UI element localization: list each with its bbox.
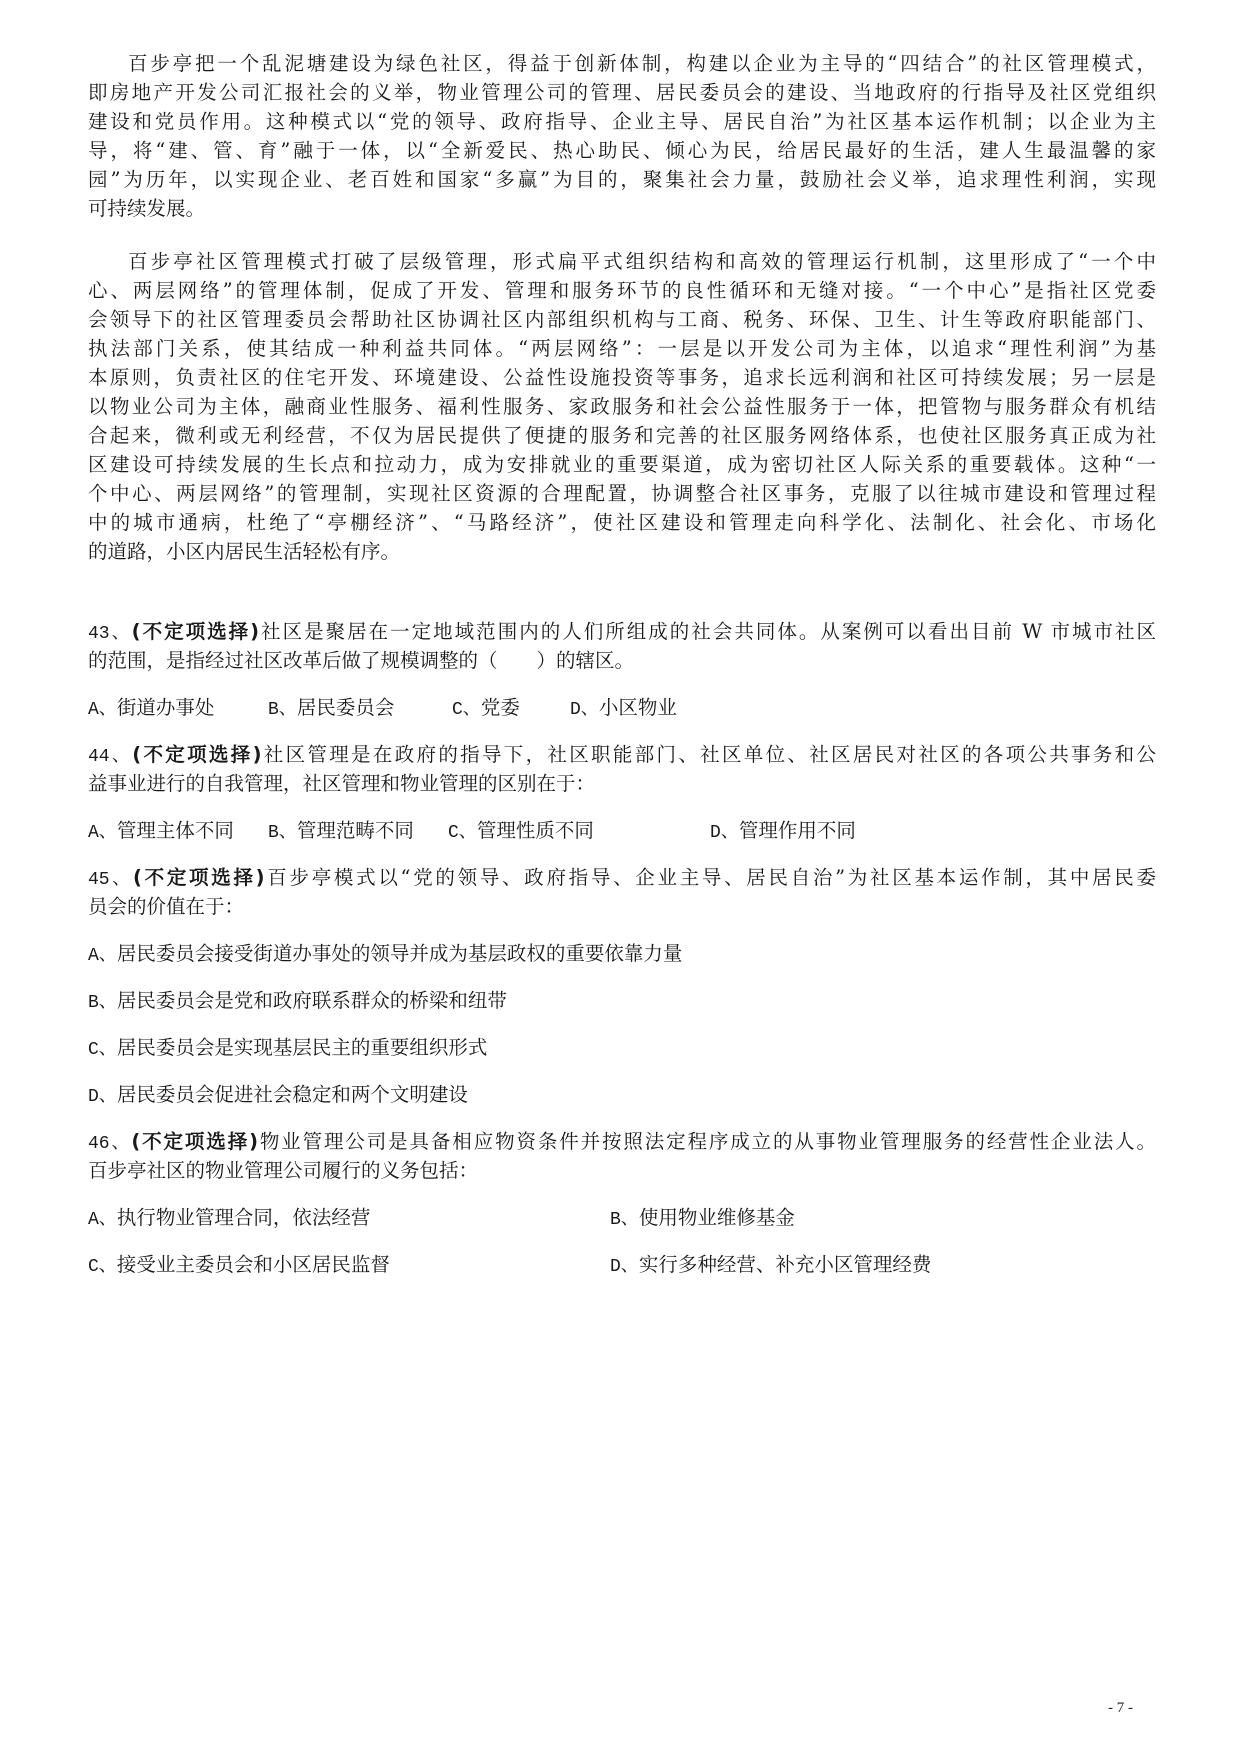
option-text: 居民委员会是实现基层民主的重要组织形式 — [117, 1036, 488, 1059]
option-text: 党委 — [481, 696, 520, 719]
option-text: 居民委员会 — [297, 696, 395, 719]
option-text: 使用物业维修基金 — [639, 1206, 795, 1229]
option-letter: A、 — [88, 1210, 117, 1230]
option-letter: A、 — [88, 946, 117, 966]
question-number: 45、 — [88, 870, 133, 890]
option-text: 小区物业 — [599, 696, 677, 719]
text-line: 的道路，小区内居民生活轻松有序。 — [88, 540, 1156, 564]
question-type: (不定项选择) — [131, 1130, 258, 1153]
question-text: 百步亭模式以“党的领导、政府指导、企业主导、居民自治”为社区基本运作制，其中居民… — [265, 866, 1156, 889]
option-letter: C、 — [452, 700, 481, 720]
option-letter: B、 — [268, 823, 297, 843]
text-line: 本原则，负责社区的住宅开发、环境建设、公益性设施投资等事务，追求长远利润和社区可… — [88, 366, 1156, 390]
option-c: C、接受业主委员会和小区居民监督 — [88, 1253, 390, 1279]
option-letter: D、 — [88, 1087, 117, 1107]
question-number: 46、 — [88, 1134, 131, 1154]
option-letter: C、 — [88, 1257, 117, 1277]
question-stem-line: 46、(不定项选择)物业管理公司是具备相应物资条件并按照法定程序成立的从事物业管… — [88, 1130, 1156, 1156]
option-b: B、居民委员会是党和政府联系群众的桥梁和纽带 — [88, 989, 507, 1015]
option-d: D、小区物业 — [570, 696, 677, 722]
option-a: A、街道办事处 — [88, 696, 214, 722]
option-b: B、使用物业维修基金 — [610, 1206, 795, 1232]
text-line: 中的城市通病，杜绝了“亭棚经济”、“马路经济”，使社区建设和管理走向科学化、法制… — [88, 511, 1156, 535]
option-letter: D、 — [610, 1257, 639, 1277]
question-stem-line: 的范围，是指经过社区改革后做了规模调整的（ ）的辖区。 — [88, 649, 1156, 673]
option-letter: D、 — [710, 823, 739, 843]
option-text: 街道办事处 — [117, 696, 215, 719]
text-line: 即房地产开发公司汇报社会的义举，物业管理公司的管理、居民委员会的建设、当地政府的… — [88, 81, 1156, 105]
question-number: 43、 — [88, 624, 132, 644]
option-b: B、管理范畴不同 — [268, 819, 414, 845]
option-text: 管理性质不同 — [477, 819, 594, 842]
text-line: 百步亭把一个乱泥塘建设为绿色社区，得益于创新体制，构建以企业为主导的“四结合”的… — [128, 52, 1156, 76]
option-text: 管理作用不同 — [739, 819, 856, 842]
question-type: (不定项选择) — [132, 743, 261, 766]
question-stem-line: 益事业进行的自我管理，社区管理和物业管理的区别在于： — [88, 772, 1156, 796]
text-line: 可持续发展。 — [88, 197, 1156, 221]
text-line: 个中心、两层网络”的管理制，实现社区资源的合理配置，协调整合社区事务，克服了以往… — [88, 482, 1156, 506]
question-stem-line: 百步亭社区的物业管理公司履行的义务包括： — [88, 1159, 1156, 1183]
option-text: 管理范畴不同 — [297, 819, 414, 842]
option-letter: C、 — [448, 823, 477, 843]
option-d: D、实行多种经营、补充小区管理经费 — [610, 1253, 931, 1279]
option-text: 居民委员会是党和政府联系群众的桥梁和纽带 — [117, 989, 507, 1012]
text-line: 执法部门关系，使其结成一种利益共同体。“两层网络”：一层是以开发公司为主体，以追… — [88, 337, 1156, 361]
question-text: 社区是聚居在一定地域范围内的人们所组成的社会共同体。从案例可以看出目前 W 市城… — [259, 620, 1156, 643]
option-letter: D、 — [570, 700, 599, 720]
option-c: C、管理性质不同 — [448, 819, 594, 845]
option-c: C、居民委员会是实现基层民主的重要组织形式 — [88, 1036, 487, 1062]
option-b: B、居民委员会 — [268, 696, 394, 722]
text-line: 导，将“建、管、育”融于一体，以“全新爱民、热心助民、倾心为民，给居民最好的生活… — [88, 139, 1156, 163]
text-line: 合起来，微利或无利经营，不仅为居民提供了便捷的服务和完善的社区服务网络体系，也使… — [88, 424, 1156, 448]
option-a: A、执行物业管理合同，依法经营 — [88, 1206, 370, 1232]
option-d: D、管理作用不同 — [710, 819, 856, 845]
option-c: C、党委 — [452, 696, 520, 722]
question-text: 社区管理是在政府的指导下，社区职能部门、社区单位、社区居民对社区的各项公共事务和… — [261, 743, 1156, 766]
option-letter: A、 — [88, 700, 117, 720]
text-line: 区建设可持续发展的生长点和拉动力，成为安排就业的重要渠道，成为密切社区人际关系的… — [88, 453, 1156, 477]
text-line: 心、两层网络”的管理体制，促成了开发、管理和服务环节的良性循环和无缝对接。“一个… — [88, 279, 1156, 303]
question-stem-line: 44、(不定项选择)社区管理是在政府的指导下，社区职能部门、社区单位、社区居民对… — [88, 743, 1156, 769]
question-stem-line: 45、(不定项选择)百步亭模式以“党的领导、政府指导、企业主导、居民自治”为社区… — [88, 866, 1156, 892]
text-line: 百步亭社区管理模式打破了层级管理，形式扁平式组织结构和高效的管理运行机制，这里形… — [128, 250, 1156, 274]
option-a: A、居民委员会接受街道办事处的领导并成为基层政权的重要依靠力量 — [88, 942, 682, 968]
option-text: 居民委员会促进社会稳定和两个文明建设 — [117, 1083, 468, 1106]
option-letter: B、 — [88, 993, 117, 1013]
option-letter: C、 — [88, 1040, 117, 1060]
option-a: A、管理主体不同 — [88, 819, 234, 845]
question-stem-line: 43、(不定项选择)社区是聚居在一定地域范围内的人们所组成的社会共同体。从案例可… — [88, 620, 1156, 646]
text-line: 会领导下的社区管理委员会帮助社区协调社区内部组织机构与工商、税务、环保、卫生、计… — [88, 308, 1156, 332]
option-text: 接受业主委员会和小区居民监督 — [117, 1253, 390, 1276]
option-d: D、居民委员会促进社会稳定和两个文明建设 — [88, 1083, 468, 1109]
option-text: 居民委员会接受街道办事处的领导并成为基层政权的重要依靠力量 — [117, 942, 683, 965]
option-text: 实行多种经营、补充小区管理经费 — [639, 1253, 932, 1276]
question-number: 44、 — [88, 747, 132, 767]
question-type: (不定项选择) — [132, 620, 259, 643]
text-line: 园”为历年，以实现企业、老百姓和国家“多赢”为目的，聚集社会力量，鼓励社会义举，… — [88, 168, 1156, 192]
question-stem-line: 员会的价值在于： — [88, 895, 1156, 919]
question-type: (不定项选择) — [133, 866, 265, 889]
option-letter: A、 — [88, 823, 117, 843]
question-text: 物业管理公司是具备相应物资条件并按照法定程序成立的从事物业管理服务的经营性企业法… — [258, 1130, 1156, 1153]
document-page: 百步亭把一个乱泥塘建设为绿色社区，得益于创新体制，构建以企业为主导的“四结合”的… — [0, 0, 1241, 1754]
text-line: 建设和党员作用。这种模式以“党的领导、政府指导、企业主导、居民自治”为社区基本运… — [88, 110, 1156, 134]
option-text: 执行物业管理合同，依法经营 — [117, 1206, 371, 1229]
option-text: 管理主体不同 — [117, 819, 234, 842]
text-line: 以物业公司为主体，融商业性服务、福利性服务、家政服务和社会公益性服务于一体，把管… — [88, 395, 1156, 419]
option-letter: B、 — [268, 700, 297, 720]
page-number: - 7 - — [1108, 1700, 1133, 1717]
option-letter: B、 — [610, 1210, 639, 1230]
